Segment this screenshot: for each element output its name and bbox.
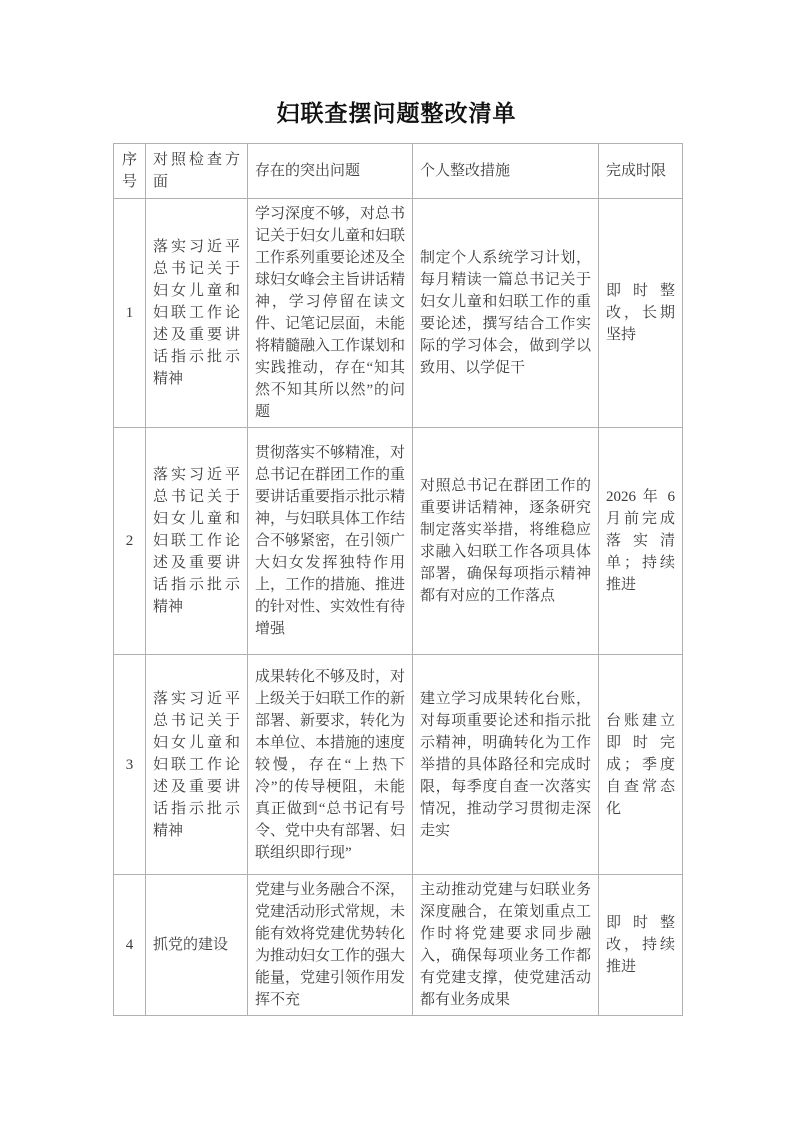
header-personal-measures: 个人整改措施 — [413, 144, 599, 199]
cell-prominent-problem: 贯彻落实不够精准，对总书记在群团工作的重要讲话重要指示批示精神，与妇联具体工作结… — [248, 428, 413, 655]
cell-personal-measure: 制定个人系统学习计划，每月精读一篇总书记关于妇女儿童和妇联工作的重要论述，撰写结… — [413, 199, 599, 428]
cell-personal-measure: 主动推动党建与妇联业务深度融合，在策划重点工作时将党建要求同步融入，确保每项业务… — [413, 875, 599, 1016]
cell-seq-no: 4 — [114, 875, 146, 1016]
header-prominent-problems: 存在的突出问题 — [248, 144, 413, 199]
table-row: 3 落实习近平总书记关于妇女儿童和妇联工作论述及重要讲话指示批示精神 成果转化不… — [114, 655, 683, 875]
header-completion-deadline: 完成时限 — [599, 144, 683, 199]
cell-seq-no: 2 — [114, 428, 146, 655]
cell-prominent-problem: 成果转化不够及时，对上级关于妇联工作的新部署、新要求，转化为本单位、本措施的速度… — [248, 655, 413, 875]
table-row: 4 抓党的建设 党建与业务融合不深，党建活动形式常规，未能有效将党建优势转化为推… — [114, 875, 683, 1016]
cell-personal-measure: 对照总书记在群团工作的重要讲话精神，逐条研究制定落实举措，将维稳应求融入妇联工作… — [413, 428, 599, 655]
cell-inspection-aspect: 落实习近平总书记关于妇女儿童和妇联工作论述及重要讲话指示批示精神 — [146, 428, 248, 655]
cell-personal-measure: 建立学习成果转化台账，对每项重要论述和指示批示精神，明确转化为工作举措的具体路径… — [413, 655, 599, 875]
cell-inspection-aspect: 落实习近平总书记关于妇女儿童和妇联工作论述及重要讲话指示批示精神 — [146, 655, 248, 875]
table-row: 1 落实习近平总书记关于妇女儿童和妇联工作论述及重要讲话指示批示精神 学习深度不… — [114, 199, 683, 428]
cell-completion-deadline: 即时整改，长期坚持 — [599, 199, 683, 428]
page-title: 妇联查摆问题整改清单 — [0, 101, 793, 127]
table-header-row: 序号 对照检查方面 存在的突出问题 个人整改措施 完成时限 — [114, 144, 683, 199]
cell-prominent-problem: 党建与业务融合不深，党建活动形式常规，未能有效将党建优势转化为推动妇女工作的强大… — [248, 875, 413, 1016]
table-row: 2 落实习近平总书记关于妇女儿童和妇联工作论述及重要讲话指示批示精神 贯彻落实不… — [114, 428, 683, 655]
header-seq-no: 序号 — [114, 144, 146, 199]
cell-inspection-aspect: 抓党的建设 — [146, 875, 248, 1016]
cell-seq-no: 1 — [114, 199, 146, 428]
cell-inspection-aspect: 落实习近平总书记关于妇女儿童和妇联工作论述及重要讲话指示批示精神 — [146, 199, 248, 428]
rectification-table: 序号 对照检查方面 存在的突出问题 个人整改措施 完成时限 1 落实习近平总书记… — [113, 143, 683, 1016]
cell-completion-deadline: 即时整改，持续推进 — [599, 875, 683, 1016]
cell-prominent-problem: 学习深度不够，对总书记关于妇女儿童和妇联工作系列重要论述及全球妇女峰会主旨讲话精… — [248, 199, 413, 428]
document-page: 妇联查摆问题整改清单 序号 对照检查方面 存在的突出问题 个人整改措施 完成时限… — [0, 0, 793, 1122]
cell-completion-deadline: 2026 年 6 月前完成落实清单；持续推进 — [599, 428, 683, 655]
cell-completion-deadline: 台账建立即时完成；季度自查常态化 — [599, 655, 683, 875]
cell-seq-no: 3 — [114, 655, 146, 875]
header-inspection-aspect: 对照检查方面 — [146, 144, 248, 199]
